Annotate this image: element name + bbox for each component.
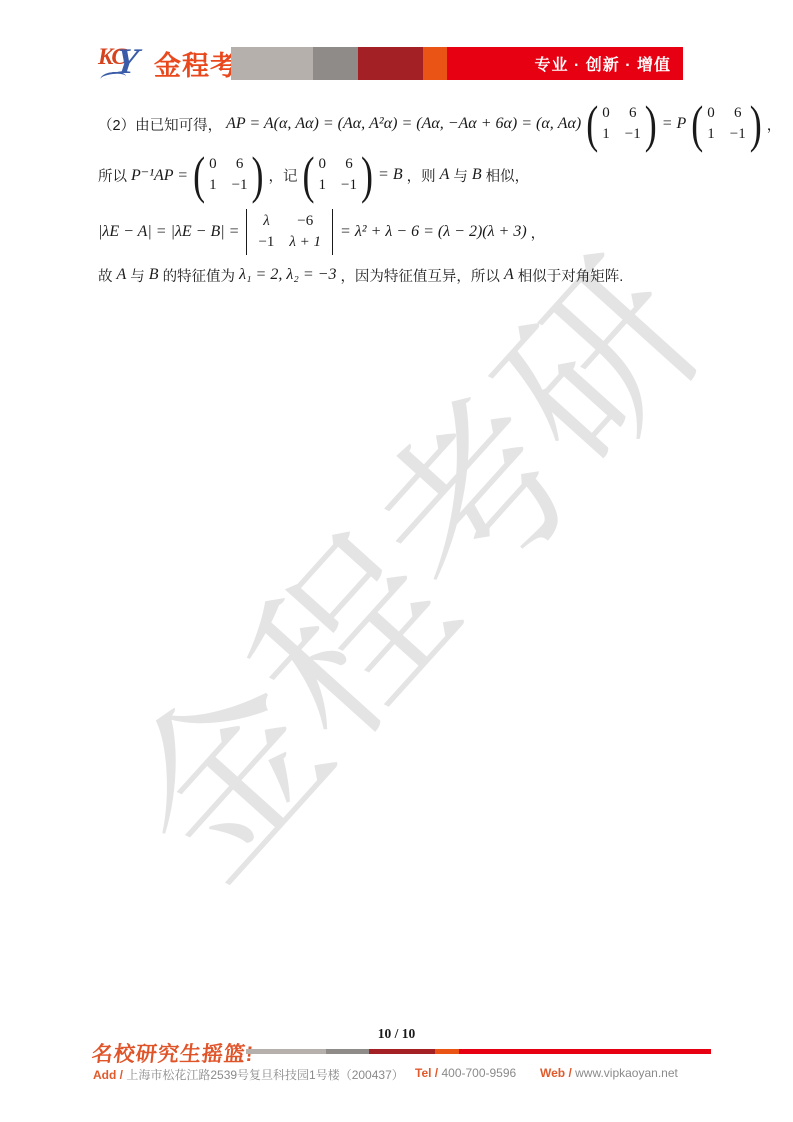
line4-var-B: B — [149, 266, 159, 284]
footer-contact-row: Add / 上海市松花江路2539号复旦科技园1号楼（200437） Tel /… — [0, 1066, 793, 1082]
document-page: { "header": { "logo_kc": "KC", "logo_y":… — [0, 0, 793, 1122]
tel-value: 400-700-9596 — [441, 1066, 516, 1080]
divider-segment-lightgray — [246, 1049, 326, 1054]
line2-tail: 相似， — [486, 165, 530, 186]
right-paren: ) — [750, 98, 762, 150]
line4-gu: 故 — [98, 265, 113, 286]
matrix-cell: 0 — [602, 104, 610, 123]
line2-yu: 与 — [453, 165, 468, 186]
banner-segment-gray — [313, 47, 358, 80]
matrix-cell: 1 — [707, 125, 715, 144]
matrix-cell: 0 — [707, 104, 715, 123]
left-paren: ( — [586, 98, 598, 150]
matrix-cell: 0 — [209, 155, 217, 174]
tel-label: Tel / — [415, 1066, 438, 1080]
line4-var-A: A — [117, 266, 127, 284]
address-value: 上海市松花江路2539号复旦科技园1号楼（200437） — [126, 1068, 403, 1082]
det-cell: −6 — [289, 212, 321, 231]
right-paren: ) — [252, 149, 264, 201]
line2-comma-ze: ，则 — [407, 165, 436, 186]
web-label: Web / — [540, 1066, 572, 1080]
matrix-B-instance-1: ( 0 6 1 −1 ) — [586, 104, 656, 144]
line4-mid: 的特征值为 — [163, 265, 236, 286]
right-paren: ) — [645, 98, 657, 150]
line4-var-A2: A — [504, 266, 514, 284]
line1-equals-P: = P — [662, 115, 687, 133]
matrix-cell: 6 — [232, 155, 248, 174]
matrix-cell: 1 — [209, 176, 217, 195]
right-paren: ) — [361, 149, 373, 201]
banner-slogan: 专业 · 创新 · 增值 — [535, 52, 683, 75]
matrix-B-instance-3: ( 0 6 1 −1 ) — [193, 155, 263, 195]
divider-segment-darkred — [369, 1049, 435, 1054]
matrix-B-instance-2: ( 0 6 1 −1 ) — [691, 104, 761, 144]
divider-segment-orange — [435, 1049, 459, 1054]
line2-var-B: B — [472, 166, 482, 184]
line4-because: ，因为特征值互异，所以 — [340, 265, 500, 286]
matrix-cell: 6 — [730, 104, 746, 123]
line3-lhs: |λE − A| = |λE − B| = — [98, 223, 239, 241]
brand-watermark: 金程考研 — [74, 207, 758, 935]
web-value: www.vipkaoyan.net — [575, 1066, 678, 1080]
footer-website: Web / www.vipkaoyan.net — [540, 1066, 678, 1080]
det-cell: −1 — [258, 233, 274, 252]
det-cell: λ + 1 — [289, 233, 321, 252]
determinant-matrix: λ −6 −1 λ + 1 — [246, 209, 333, 255]
line1-label: （2）由已知可得， — [98, 114, 222, 135]
matrix-cell: −1 — [232, 176, 248, 195]
left-paren: ( — [691, 98, 703, 150]
left-paren: ( — [193, 149, 205, 201]
line3-comma: ， — [531, 222, 546, 243]
line2-equals-B: = B — [378, 166, 403, 184]
line1-comma: ， — [767, 114, 782, 135]
matrix-cell: −1 — [625, 125, 641, 144]
line2-var-A: A — [440, 166, 450, 184]
matrix-cell: 1 — [602, 125, 610, 144]
line2-suoyi: 所以 — [98, 165, 127, 186]
line2-comma-ji: ，记 — [269, 165, 298, 186]
line3-rhs: = λ² + λ − 6 = (λ − 2)(λ + 3) — [340, 223, 527, 241]
matrix-cell: 6 — [341, 155, 357, 174]
line2-expression: P⁻¹AP = — [131, 165, 188, 185]
left-paren: ( — [303, 149, 315, 201]
banner-segment-lightgray — [231, 47, 313, 80]
matrix-cell: 6 — [625, 104, 641, 123]
matrix-cell: −1 — [730, 125, 746, 144]
footer-divider — [246, 1049, 711, 1054]
banner-segment-orange — [423, 47, 447, 80]
solution-line-1: （2）由已知可得， AP = A(α, Aα) = (Aα, A²α) = (A… — [98, 96, 781, 152]
line1-expression: AP = A(α, Aα) = (Aα, A²α) = (Aα, −Aα + 6… — [226, 115, 581, 133]
divider-segment-red — [459, 1049, 711, 1054]
matrix-B-instance-4: ( 0 6 1 −1 ) — [303, 155, 373, 195]
divider-segment-gray — [326, 1049, 369, 1054]
solution-line-4: 故 A 与 B 的特征值为 λ₁ = 2, λ₂ = −3 ，因为特征值互异，所… — [98, 263, 623, 287]
matrix-cell: 1 — [319, 176, 327, 195]
banner-segment-red: 专业 · 创新 · 增值 — [447, 47, 683, 80]
solution-line-2: 所以 P⁻¹AP = ( 0 6 1 −1 ) ，记 ( 0 6 1 −1 ) … — [98, 148, 529, 202]
det-cell: λ — [258, 212, 274, 231]
footer-telephone: Tel / 400-700-9596 — [415, 1066, 516, 1080]
line4-tail: 相似于对角矩阵. — [518, 265, 624, 286]
header-banner: 专业 · 创新 · 增值 — [231, 47, 683, 80]
solution-line-3: |λE − A| = |λE − B| = λ −6 −1 λ + 1 = λ²… — [98, 205, 545, 259]
matrix-cell: 0 — [319, 155, 327, 174]
address-label: Add / — [93, 1068, 123, 1082]
footer-address: Add / 上海市松花江路2539号复旦科技园1号楼（200437） — [93, 1066, 404, 1083]
kcy-logo-icon: KC Y — [98, 42, 150, 84]
matrix-cell: −1 — [341, 176, 357, 195]
line4-eigenvalues: λ₁ = 2, λ₂ = −3 — [239, 266, 336, 284]
footer-slogan: 名校研究生摇篮! — [90, 1038, 255, 1068]
line4-yu: 与 — [130, 265, 145, 286]
banner-segment-darkred — [358, 47, 423, 80]
